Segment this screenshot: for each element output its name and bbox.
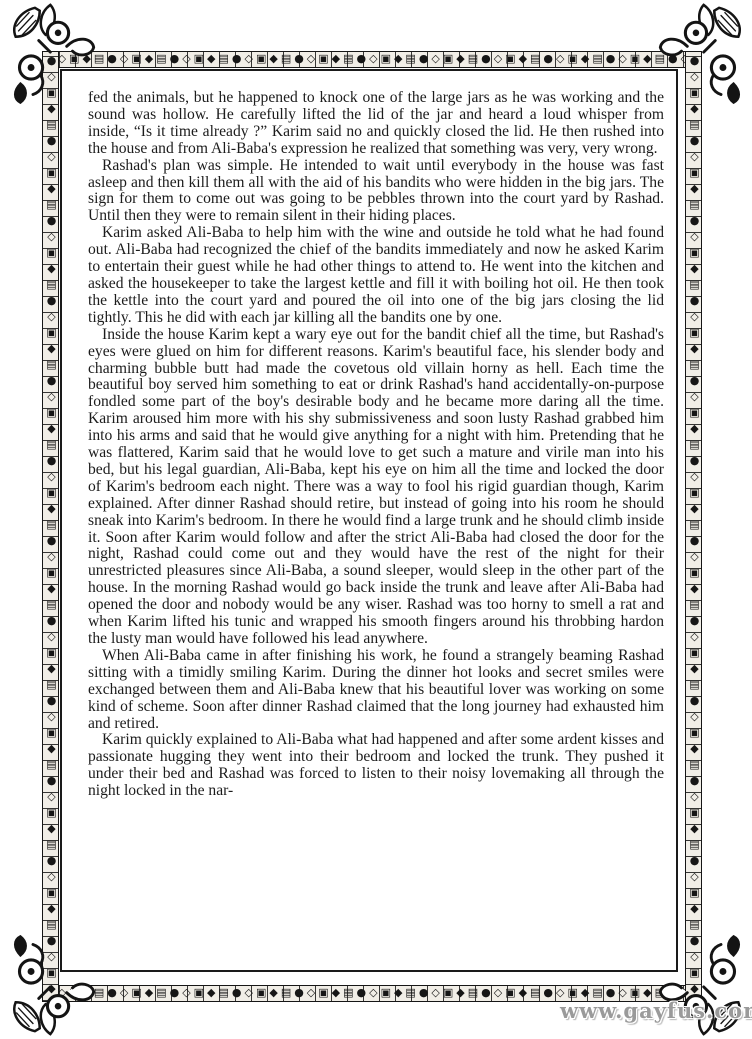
border-band-right: ●◇▣◆▤●◇▣◆▤●◇▣◆▤●◇▣◆▤●◇▣◆▤●◇▣◆▤●◇▣◆▤●◇▣◆▤… <box>685 51 702 1002</box>
watermark-text: www.gayfus.com <box>560 998 752 1023</box>
story-paragraph: fed the animals, but he happened to knoc… <box>88 90 664 158</box>
corner-flourish-top-left-icon <box>6 2 112 108</box>
corner-flourish-bottom-left-icon <box>6 931 112 1037</box>
border-band-left: ●◇▣◆▤●◇▣◆▤●◇▣◆▤●◇▣◆▤●◇▣◆▤●◇▣◆▤●◇▣◆▤●◇▣◆▤… <box>42 51 59 1002</box>
story-paragraph: Karim quickly explained to Ali-Baba what… <box>88 732 664 800</box>
story-text-block: fed the animals, but he happened to knoc… <box>88 90 664 968</box>
corner-flourish-top-right-icon <box>642 2 748 108</box>
story-paragraph: Rashad's plan was simple. He intended to… <box>88 158 664 226</box>
story-paragraph: Inside the house Karim kept a wary eye o… <box>88 327 664 648</box>
story-paragraph: When Ali-Baba came in after finishing hi… <box>88 648 664 733</box>
scanned-page: ●◇▣◆▤●◇▣◆▤●◇▣◆▤●◇▣◆▤●◇▣◆▤●◇▣◆▤●◇▣◆▤●◇▣◆▤… <box>0 0 752 1039</box>
story-paragraph: Karim asked Ali-Baba to help him with th… <box>88 225 664 326</box>
border-band-top: ●◇▣◆▤●◇▣◆▤●◇▣◆▤●◇▣◆▤●◇▣◆▤●◇▣◆▤●◇▣◆▤●◇▣◆▤… <box>42 51 702 68</box>
